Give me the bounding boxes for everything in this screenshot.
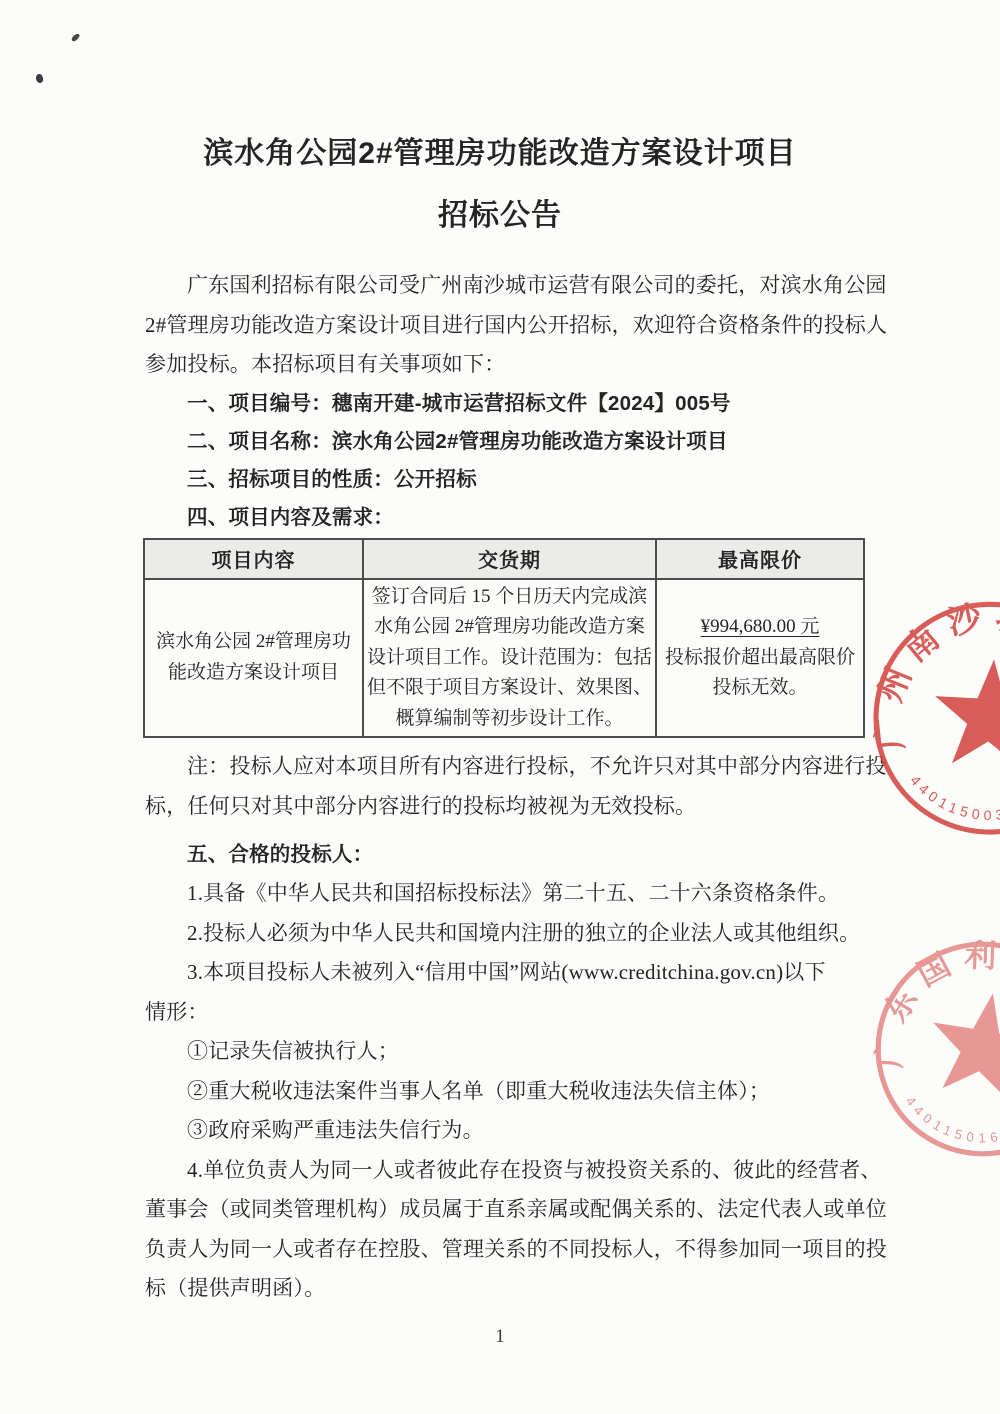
cell-delivery-period: 签订合同后 15 个日历天内完成滨 水角公园 2#管理房功能改造方案 设计项目工…: [363, 579, 656, 738]
qualification-item: 3.本项目投标人未被列入“信用中国”网站(www.creditchina.gov…: [145, 953, 870, 993]
page-number: 1: [0, 1325, 1000, 1349]
credit-china-item-2: ②重大税收违法案件当事人名单（即重大税收违法失信主体）；: [145, 1072, 870, 1112]
scan-speck: [71, 32, 80, 42]
price-amount: ¥994,680.00 元: [701, 616, 820, 637]
note-line: 标，任何只对其中部分内容进行的投标均被视为无效投标。: [145, 787, 870, 827]
qualification-item-cont: 董事会（或同类管理机构）成员属于直系亲属或配偶关系的、法定代表人或单位: [145, 1190, 870, 1230]
page-title: 滨水角公园2#管理房功能改造方案设计项目: [0, 134, 1000, 174]
heading-tender-nature: 三、招标项目的性质：公开招标: [145, 461, 870, 499]
qualification-item: 2.投标人必须为中华人民共和国境内注册的独立的企业法人或其他组织。: [145, 914, 870, 954]
col-header-delivery: 交货期: [363, 539, 656, 579]
svg-text:44011500390: 44011500390: [904, 772, 1000, 827]
seal-serial-number: 44011500390: [904, 772, 1000, 827]
seal-star-icon: [931, 655, 1000, 769]
intro-line: 2#管理房功能改造方案设计项目进行国内公开招标，欢迎符合资格条件的投标人: [145, 306, 870, 346]
official-seal-guoli-tender-icon: 广东国利招 4401150169: [852, 918, 1000, 1180]
heading-qualified-bidders: 五、合格的投标人：: [145, 836, 870, 874]
qualification-item-cont: 负责人为同一人或者存在控股、管理关系的不同投标人，不得参加同一项目的投: [145, 1230, 870, 1270]
heading-project-content: 四、项目内容及需求：: [145, 499, 870, 537]
page-subtitle: 招标公告: [0, 196, 1000, 236]
doc-body: 广东国利招标有限公司受广州南沙城市运营有限公司的委托，对滨水角公园 2#管理房功…: [145, 266, 870, 1309]
qualification-item: 1.具备《中华人民共和国招标投标法》第二十五、二十六条资格条件。: [145, 874, 870, 914]
note-block: 注：投标人应对本项目所有内容进行投标，不允许只对其中部分内容进行投 标，任何只对…: [145, 747, 870, 826]
project-table: 项目内容 交货期 最高限价 滨水角公园 2#管理房功 能改造方案设计项目 签订合…: [143, 538, 865, 739]
scan-speck: [35, 73, 44, 84]
qualification-item: 4.单位负责人为同一人或者彼此存在投资与被投资关系的、彼此的经营者、: [145, 1151, 870, 1191]
heading-project-name: 二、项目名称：滨水角公园2#管理房功能改造方案设计项目: [145, 423, 870, 461]
col-header-content: 项目内容: [144, 539, 363, 579]
price-note: 投标报价超出最高限价 投标无效。: [665, 647, 855, 699]
heading-project-number: 一、项目编号：穗南开建-城市运营招标文件【2024】005号: [145, 385, 870, 423]
qualification-item-cont: 标（提供声明函）。: [145, 1269, 870, 1309]
intro-line: 广东国利招标有限公司受广州南沙城市运营有限公司的委托，对滨水角公园: [145, 266, 870, 306]
section-qualified-bidders: 五、合格的投标人： 1.具备《中华人民共和国招标投标法》第二十五、二十六条资格条…: [145, 836, 870, 1309]
svg-text:4401150169: 4401150169: [898, 1092, 1000, 1153]
table-row: 滨水角公园 2#管理房功 能改造方案设计项目 签订合同后 15 个日历天内完成滨…: [144, 579, 864, 738]
cell-project-content: 滨水角公园 2#管理房功 能改造方案设计项目: [144, 579, 363, 738]
official-seal-nansha-city-icon: 广州南沙城市 44011500390: [858, 586, 1000, 846]
note-line: 注：投标人应对本项目所有内容进行投标，不允许只对其中部分内容进行投: [145, 747, 870, 787]
intro-line: 参加投标。本招标项目有关事项如下：: [145, 345, 870, 385]
document-page: 滨水角公园2#管理房功能改造方案设计项目 招标公告 广东国利招标有限公司受广州南…: [0, 0, 1000, 1414]
qualification-item-cont: 情形：: [145, 993, 870, 1033]
col-header-max-price: 最高限价: [656, 539, 864, 579]
table-header-row: 项目内容 交货期 最高限价: [144, 539, 864, 579]
credit-china-item-3: ③政府采购严重违法失信行为。: [145, 1111, 870, 1151]
seal-star-icon: [922, 984, 1000, 1103]
credit-china-item-1: ①记录失信被执行人；: [145, 1032, 870, 1072]
seal-serial-number: 4401150169: [898, 1092, 1000, 1153]
cell-max-price: ¥994,680.00 元投标报价超出最高限价 投标无效。: [656, 579, 864, 738]
